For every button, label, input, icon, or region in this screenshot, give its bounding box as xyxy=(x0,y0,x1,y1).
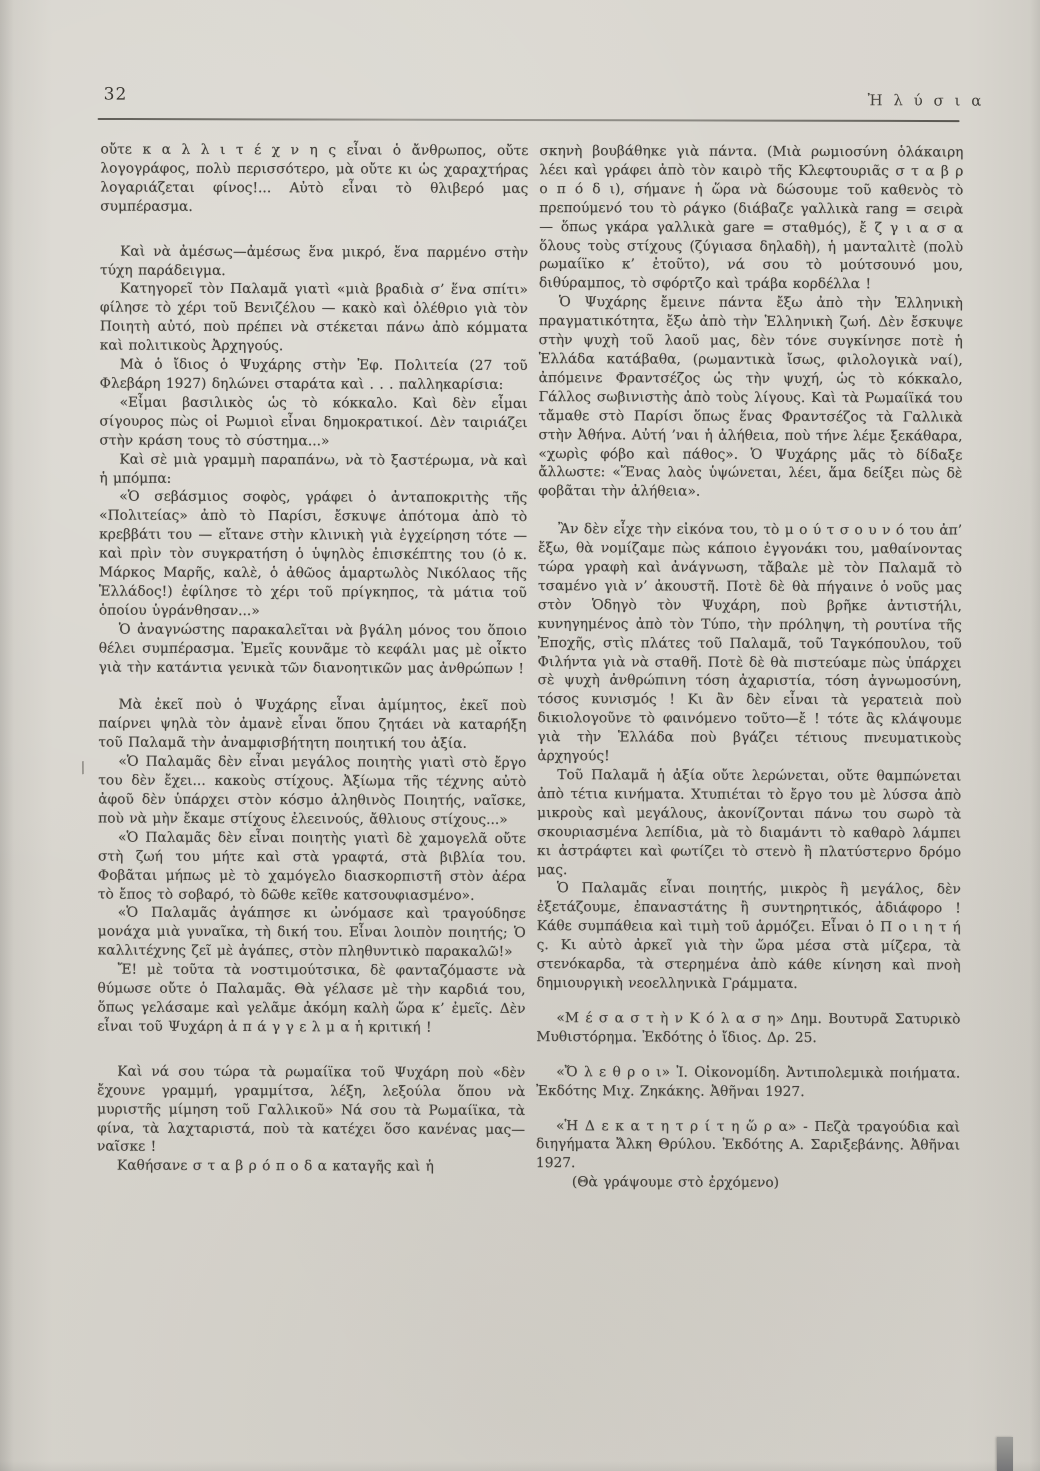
right-column: σκηνὴ βουβάθηκε γιὰ πάντα. (Μιὰ ρωμιοσύν… xyxy=(536,142,964,1194)
journal-title: Ἠ λ ύ σ ι α xyxy=(868,91,985,109)
ink-smudge-artifact: / xyxy=(78,758,88,777)
paragraph: «Εἶμαι βασιλικὸς ὡς τὸ κόκκαλο. Καὶ δὲν … xyxy=(99,393,527,451)
paragraph: «Ὁ Παλαμᾶς ἀγάπησε κι ὠνόμασε καὶ τραγού… xyxy=(98,904,526,962)
paragraph: Ὁ Παλαμᾶς εἶναι ποιητής, μικρὸς ἢ μεγάλο… xyxy=(537,880,961,995)
paragraph: Καὶ νὰ ἀμέσως—ἀμέσως ἕνα μικρό, ἕνα παρμ… xyxy=(100,242,528,281)
paragraph: Μὰ ὁ ἴδιος ὁ Ψυχάρης στὴν Ἐφ. Πολιτεία (… xyxy=(100,356,528,395)
book-notice: «Ἡ Δ ε κ α τ η τ ρ ί τ η ὥ ρ α» - Πεζὰ τ… xyxy=(536,1117,960,1175)
paragraph: Ἂν δὲν εἶχε τὴν εἰκόνα του, τὸ μ ο ύ τ σ… xyxy=(537,520,962,767)
left-column: οὔτε κ α λ λ ι τ έ χ ν η ς εἶναι ὁ ἄνθρω… xyxy=(97,141,529,1178)
paragraph: Τοῦ Παλαμᾶ ἡ ἀξία οὔτε λερώνεται, οὔτε θ… xyxy=(537,766,961,881)
paragraph: Ἔ! μὲ τοῦτα τὰ νοστιμούτσικα, δὲ φανταζό… xyxy=(97,961,525,1038)
paragraph: Καὶ σὲ μιὰ γραμμὴ παραπάνω, νὰ τὸ ξαστέρ… xyxy=(99,450,527,489)
paragraph: Ὁ Ψυχάρης ἔμεινε πάντα ἔξω ἀπὸ τὴν Ἑλλην… xyxy=(538,293,963,502)
page-number: 32 xyxy=(104,85,128,105)
header-rule xyxy=(98,118,960,122)
paragraph: «Ὁ Παλαμᾶς δὲν εἶναι ποιητὴς γιατὶ δὲ χα… xyxy=(98,828,526,905)
paragraph: «Ὁ Παλαμᾶς δὲν εἶναι μεγάλος ποιητὴς για… xyxy=(98,753,526,830)
binding-tab-artifact xyxy=(997,1437,1013,1471)
paragraph: Καθήσανε σ τ α β ρ ό π ο δ α καταγῆς καὶ… xyxy=(97,1157,525,1177)
paragraph: Ὁ ἀναγνώστης παρακαλεῖται νὰ βγάλη μόνος… xyxy=(99,620,527,678)
paragraph: «Ὁ σεβάσμιος σοφὸς, γράφει ὁ ἀνταποκριτὴ… xyxy=(99,488,527,622)
scanned-page: 32 Ἠ λ ύ σ ι α οὔτε κ α λ λ ι τ έ χ ν η … xyxy=(0,0,1040,1471)
paragraph: Κατηγορεῖ τὸν Παλαμᾶ γιατὶ «μιὰ βραδιὰ σ… xyxy=(100,280,528,357)
paragraph: Μὰ ἐκεῖ ποὺ ὁ Ψυχάρης εἶναι ἀμίμητος, ἐκ… xyxy=(98,696,526,754)
paragraph: οὔτε κ α λ λ ι τ έ χ ν η ς εἶναι ὁ ἄνθρω… xyxy=(100,141,528,218)
paragraph: σκηνὴ βουβάθηκε γιὰ πάντα. (Μιὰ ρωμιοσύν… xyxy=(539,142,964,295)
book-notice: «Ὄ λ ε θ ρ ο ι» Ἰ. Οἰκονομίδη. Ἀντιπολεμ… xyxy=(536,1063,960,1102)
paragraph: Καὶ νά σου τώρα τὰ ρωμαίϊκα τοῦ Ψυχάρη π… xyxy=(97,1062,525,1158)
page-content: 32 Ἠ λ ύ σ ι α οὔτε κ α λ λ ι τ έ χ ν η … xyxy=(0,0,1040,1471)
book-notice: «Μ έ σ α σ τ ὴ ν Κ ό λ α σ η» Δημ. Βουτυ… xyxy=(536,1009,960,1048)
editorial-note: (Θὰ γράψουμε στὸ ἐρχόμενο) xyxy=(536,1173,960,1193)
